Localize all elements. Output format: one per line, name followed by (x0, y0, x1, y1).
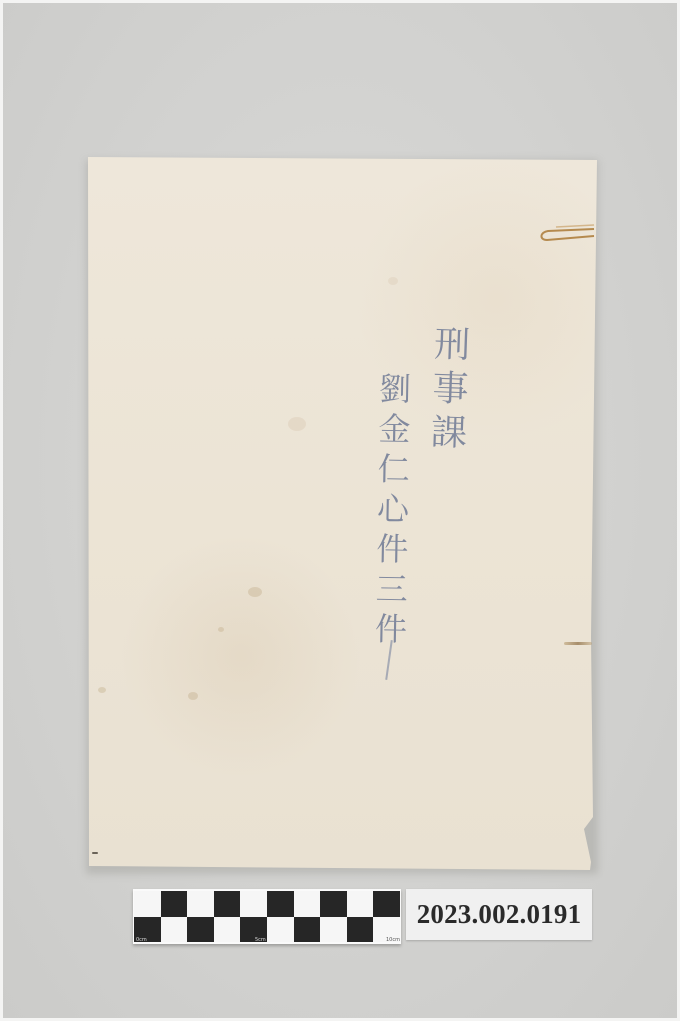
scale-square-light (161, 917, 188, 943)
scale-square-light (134, 891, 161, 917)
scale-square-light (187, 891, 214, 917)
scale-square-dark (347, 917, 374, 943)
scale-square-light (240, 891, 267, 917)
stain (188, 692, 198, 700)
document-paper (88, 157, 598, 870)
scale-square-light (347, 891, 374, 917)
scale-label-5: 5cm (255, 937, 266, 943)
paperclip-icon (538, 221, 596, 243)
scale-label-0: 0cm (136, 937, 147, 943)
scale-square-dark (320, 891, 347, 917)
scale-square-dark (267, 891, 294, 917)
scale-square-light (267, 917, 294, 943)
scale-label-10: 10cm (386, 937, 400, 943)
stain (98, 687, 106, 693)
scale-square-dark (294, 917, 321, 943)
paper-speck (92, 852, 98, 854)
scale-square-light (214, 917, 241, 943)
stain (388, 277, 398, 285)
paper-tear-mark (564, 642, 592, 645)
scale-square-dark (187, 917, 214, 943)
scale-square-dark (214, 891, 241, 917)
stain (248, 587, 262, 597)
stain (218, 627, 224, 632)
stain (288, 417, 306, 431)
handwriting-column-left: 劉金仁心件三件 (366, 372, 417, 653)
scale-square-light (320, 917, 347, 943)
scale-bar (133, 889, 401, 944)
accession-number-label: 2023.002.0191 (406, 889, 592, 940)
scale-square-dark (373, 891, 400, 917)
scale-square-dark (161, 891, 188, 917)
handwriting-column-right: 刑事課 (420, 324, 476, 458)
scale-square-light (294, 891, 321, 917)
